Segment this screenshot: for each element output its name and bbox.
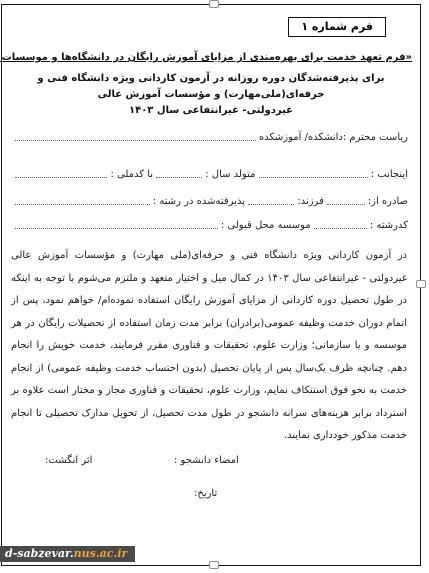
form-title-line1: «فرم تعهد خدمت برای بهره‌مندی از مزایای …: [10, 52, 412, 63]
field-label-admitted-major: پذیرفته‌شده در رشته :: [153, 196, 245, 207]
dotted-blank: [248, 195, 294, 205]
field-label-institution: موسسه محل قبولی :: [221, 220, 311, 231]
dotted-blank: [15, 131, 256, 141]
salutation-row: ریاست محترم :دانشکده/ آموزشکده: [12, 131, 408, 143]
dotted-blank: [314, 219, 367, 229]
site-watermark: d-sabzevar.nus.ac.ir: [0, 546, 135, 562]
dotted-blank: [15, 219, 218, 229]
watermark-prefix: d-sabzevar.: [5, 547, 74, 560]
form-title-line2: برای پذیرفته‌شدگان دوره روزانه در آزمون …: [10, 71, 412, 103]
dotted-blank: [156, 168, 202, 178]
field-row-identity: اینجانب : متولد سال : با کدملی :: [12, 168, 408, 180]
form-title: «فرم تعهد خدمت برای بهره‌مندی از مزایای …: [10, 52, 412, 119]
dotted-blank: [15, 168, 107, 178]
form-number-label: فرم شماره ۱: [301, 20, 373, 33]
commitment-paragraph: در آزمون کاردانی ویژه دانشگاه فنی و حرفه…: [11, 245, 407, 448]
dotted-blank: [327, 195, 365, 205]
date-label: تاریخ:: [194, 488, 217, 499]
fingerprint-label: اثر انگشت:: [45, 455, 92, 466]
field-row-issuance: صادره از: فرزند: پذیرفته‌شده در رشته :: [12, 195, 408, 207]
watermark-suffix: nus.ac.ir: [74, 547, 128, 560]
field-label-name: اینجانب :: [371, 169, 408, 180]
field-row-major-code: کدرشته : موسسه محل قبولی :: [12, 219, 408, 231]
resize-handle-top[interactable]: [209, 0, 219, 8]
field-label-child-of: فرزند:: [297, 196, 324, 207]
field-label-issued-from: صادره از:: [368, 196, 408, 207]
salutation-label: ریاست محترم :دانشکده/ آموزشکده: [259, 132, 408, 143]
form-number-box: فرم شماره ۱: [288, 17, 386, 37]
dotted-blank: [259, 168, 368, 178]
field-label-national-id: با کدملی :: [110, 169, 153, 180]
form-title-line3: غیردولتی- غیرانتفاعی سال ۱۴۰۳: [10, 103, 412, 119]
field-label-birth-year: متولد سال :: [205, 169, 255, 180]
resize-handle-right[interactable]: [416, 280, 426, 288]
field-label-major-code: کدرشته :: [370, 220, 408, 231]
dotted-blank: [15, 195, 150, 205]
document-page: فرم شماره ۱ «فرم تعهد خدمت برای بهره‌مند…: [1, 4, 421, 566]
signature-label: امضاء دانشجو :: [174, 455, 239, 466]
resize-handle-bottom[interactable]: [209, 561, 219, 569]
